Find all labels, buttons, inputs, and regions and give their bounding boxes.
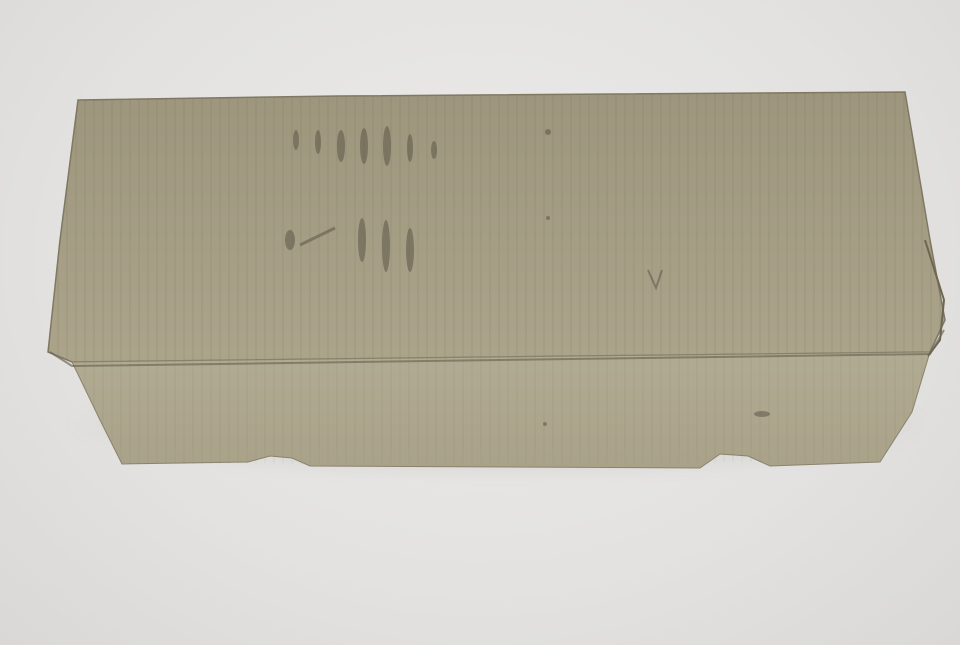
cardboard-box <box>0 0 960 645</box>
photo-scene: cardboard box <box>0 0 960 645</box>
